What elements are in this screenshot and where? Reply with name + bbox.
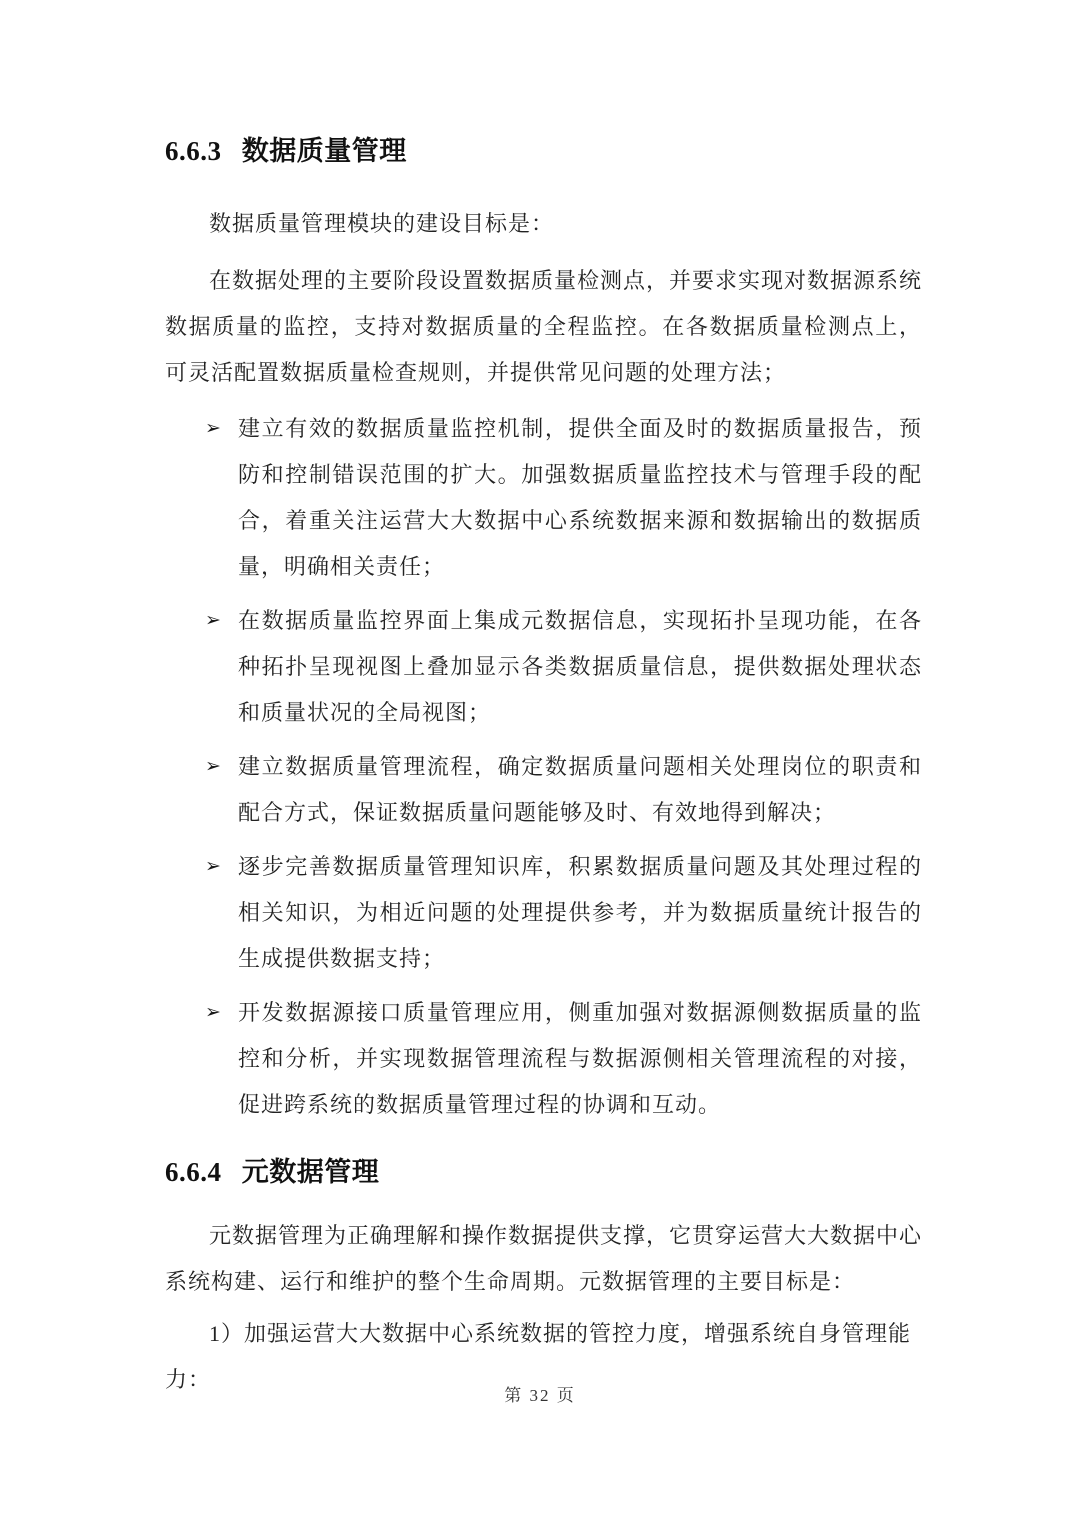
bullet-item: ➢ 建立数据质量管理流程，确定数据质量问题相关处理岗位的职责和配合方式，保证数据… xyxy=(205,744,922,836)
arrow-bullet-icon: ➢ xyxy=(205,598,238,644)
bullet-list: ➢ 建立有效的数据质量监控机制，提供全面及时的数据质量报告，预防和控制错误范围的… xyxy=(165,406,922,1128)
body-paragraph: 元数据管理为正确理解和操作数据提供支撑，它贯穿运营大大数据中心系统构建、运行和维… xyxy=(165,1213,922,1305)
page-number: 第 32 页 xyxy=(0,1381,1080,1406)
bullet-item: ➢ 建立有效的数据质量监控机制，提供全面及时的数据质量报告，预防和控制错误范围的… xyxy=(205,406,922,590)
section-number: 6.6.3 xyxy=(165,136,222,166)
bullet-item: ➢ 在数据质量监控界面上集成元数据信息，实现拓扑呈现功能，在各种拓扑呈现视图上叠… xyxy=(205,598,922,736)
section-heading-664: 6.6.4 元数据管理 xyxy=(165,1152,922,1192)
section-heading-663: 6.6.3 数据质量管理 xyxy=(165,131,922,171)
document-page: 6.6.3 数据质量管理 数据质量管理模块的建设目标是： 在数据处理的主要阶段设… xyxy=(0,0,1080,1527)
bullet-text: 建立数据质量管理流程，确定数据质量问题相关处理岗位的职责和配合方式，保证数据质量… xyxy=(238,744,922,836)
arrow-bullet-icon: ➢ xyxy=(205,990,238,1036)
bullet-text: 逐步完善数据质量管理知识库，积累数据质量问题及其处理过程的相关知识，为相近问题的… xyxy=(238,844,922,982)
arrow-bullet-icon: ➢ xyxy=(205,844,238,890)
bullet-item: ➢ 开发数据源接口质量管理应用，侧重加强对数据源侧数据质量的监控和分析，并实现数… xyxy=(205,990,922,1128)
bullet-text: 开发数据源接口质量管理应用，侧重加强对数据源侧数据质量的监控和分析，并实现数据管… xyxy=(238,990,922,1128)
section-number: 6.6.4 xyxy=(165,1157,222,1187)
section-title: 数据质量管理 xyxy=(242,136,407,166)
bullet-item: ➢ 逐步完善数据质量管理知识库，积累数据质量问题及其处理过程的相关知识，为相近问… xyxy=(205,844,922,982)
body-paragraph: 在数据处理的主要阶段设置数据质量检测点，并要求实现对数据源系统数据质量的监控，支… xyxy=(165,258,922,396)
page-content: 6.6.3 数据质量管理 数据质量管理模块的建设目标是： 在数据处理的主要阶段设… xyxy=(0,131,1080,1403)
section-title: 元数据管理 xyxy=(242,1157,380,1187)
arrow-bullet-icon: ➢ xyxy=(205,406,238,452)
bullet-text: 在数据质量监控界面上集成元数据信息，实现拓扑呈现功能，在各种拓扑呈现视图上叠加显… xyxy=(238,598,922,736)
bullet-text: 建立有效的数据质量监控机制，提供全面及时的数据质量报告，预防和控制错误范围的扩大… xyxy=(238,406,922,590)
arrow-bullet-icon: ➢ xyxy=(205,744,238,790)
intro-paragraph: 数据质量管理模块的建设目标是： xyxy=(165,201,922,247)
